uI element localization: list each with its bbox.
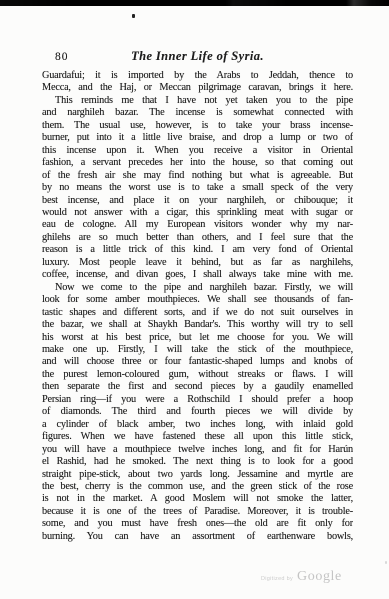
text-line: This reminds me that I have not yet take… [42,95,353,107]
ink-speck [385,561,387,564]
text-line: reason is a little trick of this kind. I… [42,244,353,256]
google-watermark: Digitized by Google [261,569,342,585]
text-line: a cylinder of black amber, two inches lo… [42,419,353,431]
text-line: figures. When we have fastened these all… [42,431,353,443]
text-line: burning. You can have an assortment of e… [42,531,353,543]
text-line: of diamonds. The third and fourth pieces… [42,406,353,418]
text-line: then separate the first and second piece… [42,381,353,393]
text-line: Persian ring—if you were a Rothschild I … [42,394,353,406]
text-line: luxury. Most people leave it behind, but… [42,257,353,269]
text-line: best incense, and place it on your nargh… [42,195,353,207]
text-line: and narghileh bazar. The incense is some… [42,107,353,119]
text-line: tastic shapes and different sorts, and i… [42,307,353,319]
book-page-scan: 80 The Inner Life of Syria. Guardafui; i… [0,0,389,599]
text-line: would not answer with a cigar, this spri… [42,207,353,219]
text-line: and will choose three or four fantastic-… [42,356,353,368]
running-header: 80 The Inner Life of Syria. [42,49,353,65]
text-line: of the fresh air she may find nothing bu… [42,170,353,182]
text-line: the purest lemon-coloured gum, without s… [42,369,353,381]
ink-speck [132,14,135,18]
text-line: fashion, a servant precedes her into the… [42,157,353,169]
text-line: burner, put into it a little live braise… [42,132,353,144]
running-header-title: The Inner Life of Syria. [42,49,353,64]
text-line: because it is one of the trees of Paradi… [42,506,353,518]
google-logo: Google [297,569,342,585]
text-line: the best, cherry is the common use, and … [42,481,353,493]
text-line: make one up. Firstly, I will take the st… [42,344,353,356]
page-text: Guardafui; it is imported by the Arabs t… [42,70,353,548]
text-line: coffee, incense, and divan goes, I shall… [42,269,353,281]
text-line: Mecca, and the Haj, or Meccan pilgrimage… [42,82,353,94]
text-line: Now we come to the pipe and narghileh ba… [42,282,353,294]
text-line: is not in the market. A good Moslem will… [42,493,353,505]
text-line: this incense upon it. When you receive a… [42,145,353,157]
scan-edge-artifact [0,0,389,6]
text-line: his worst at his best price, but let me … [42,332,353,344]
text-line: look for some amber mouthpieces. We shal… [42,294,353,306]
text-line: the bazar, we shall at Shaykh Bandar's. … [42,319,353,331]
text-line: ghilehs are so much better than others, … [42,232,353,244]
page-number: 80 [55,51,69,63]
text-line: some, and you must have fresh ones—the o… [42,518,353,530]
text-line: them. The usual use, however, is to take… [42,120,353,132]
text-line: straight pipe-stick, about two yards lon… [42,469,353,481]
text-line: you will have a mouthpiece twelve inches… [42,444,353,456]
text-line: el Rashid, had he smoked. The next thing… [42,456,353,468]
text-line: eau de cologne. All my European visitors… [42,219,353,231]
watermark-prefix: Digitized by [261,576,293,582]
text-line: by no means the worst use is to take a s… [42,182,353,194]
text-line: Guardafui; it is imported by the Arabs t… [42,70,353,82]
